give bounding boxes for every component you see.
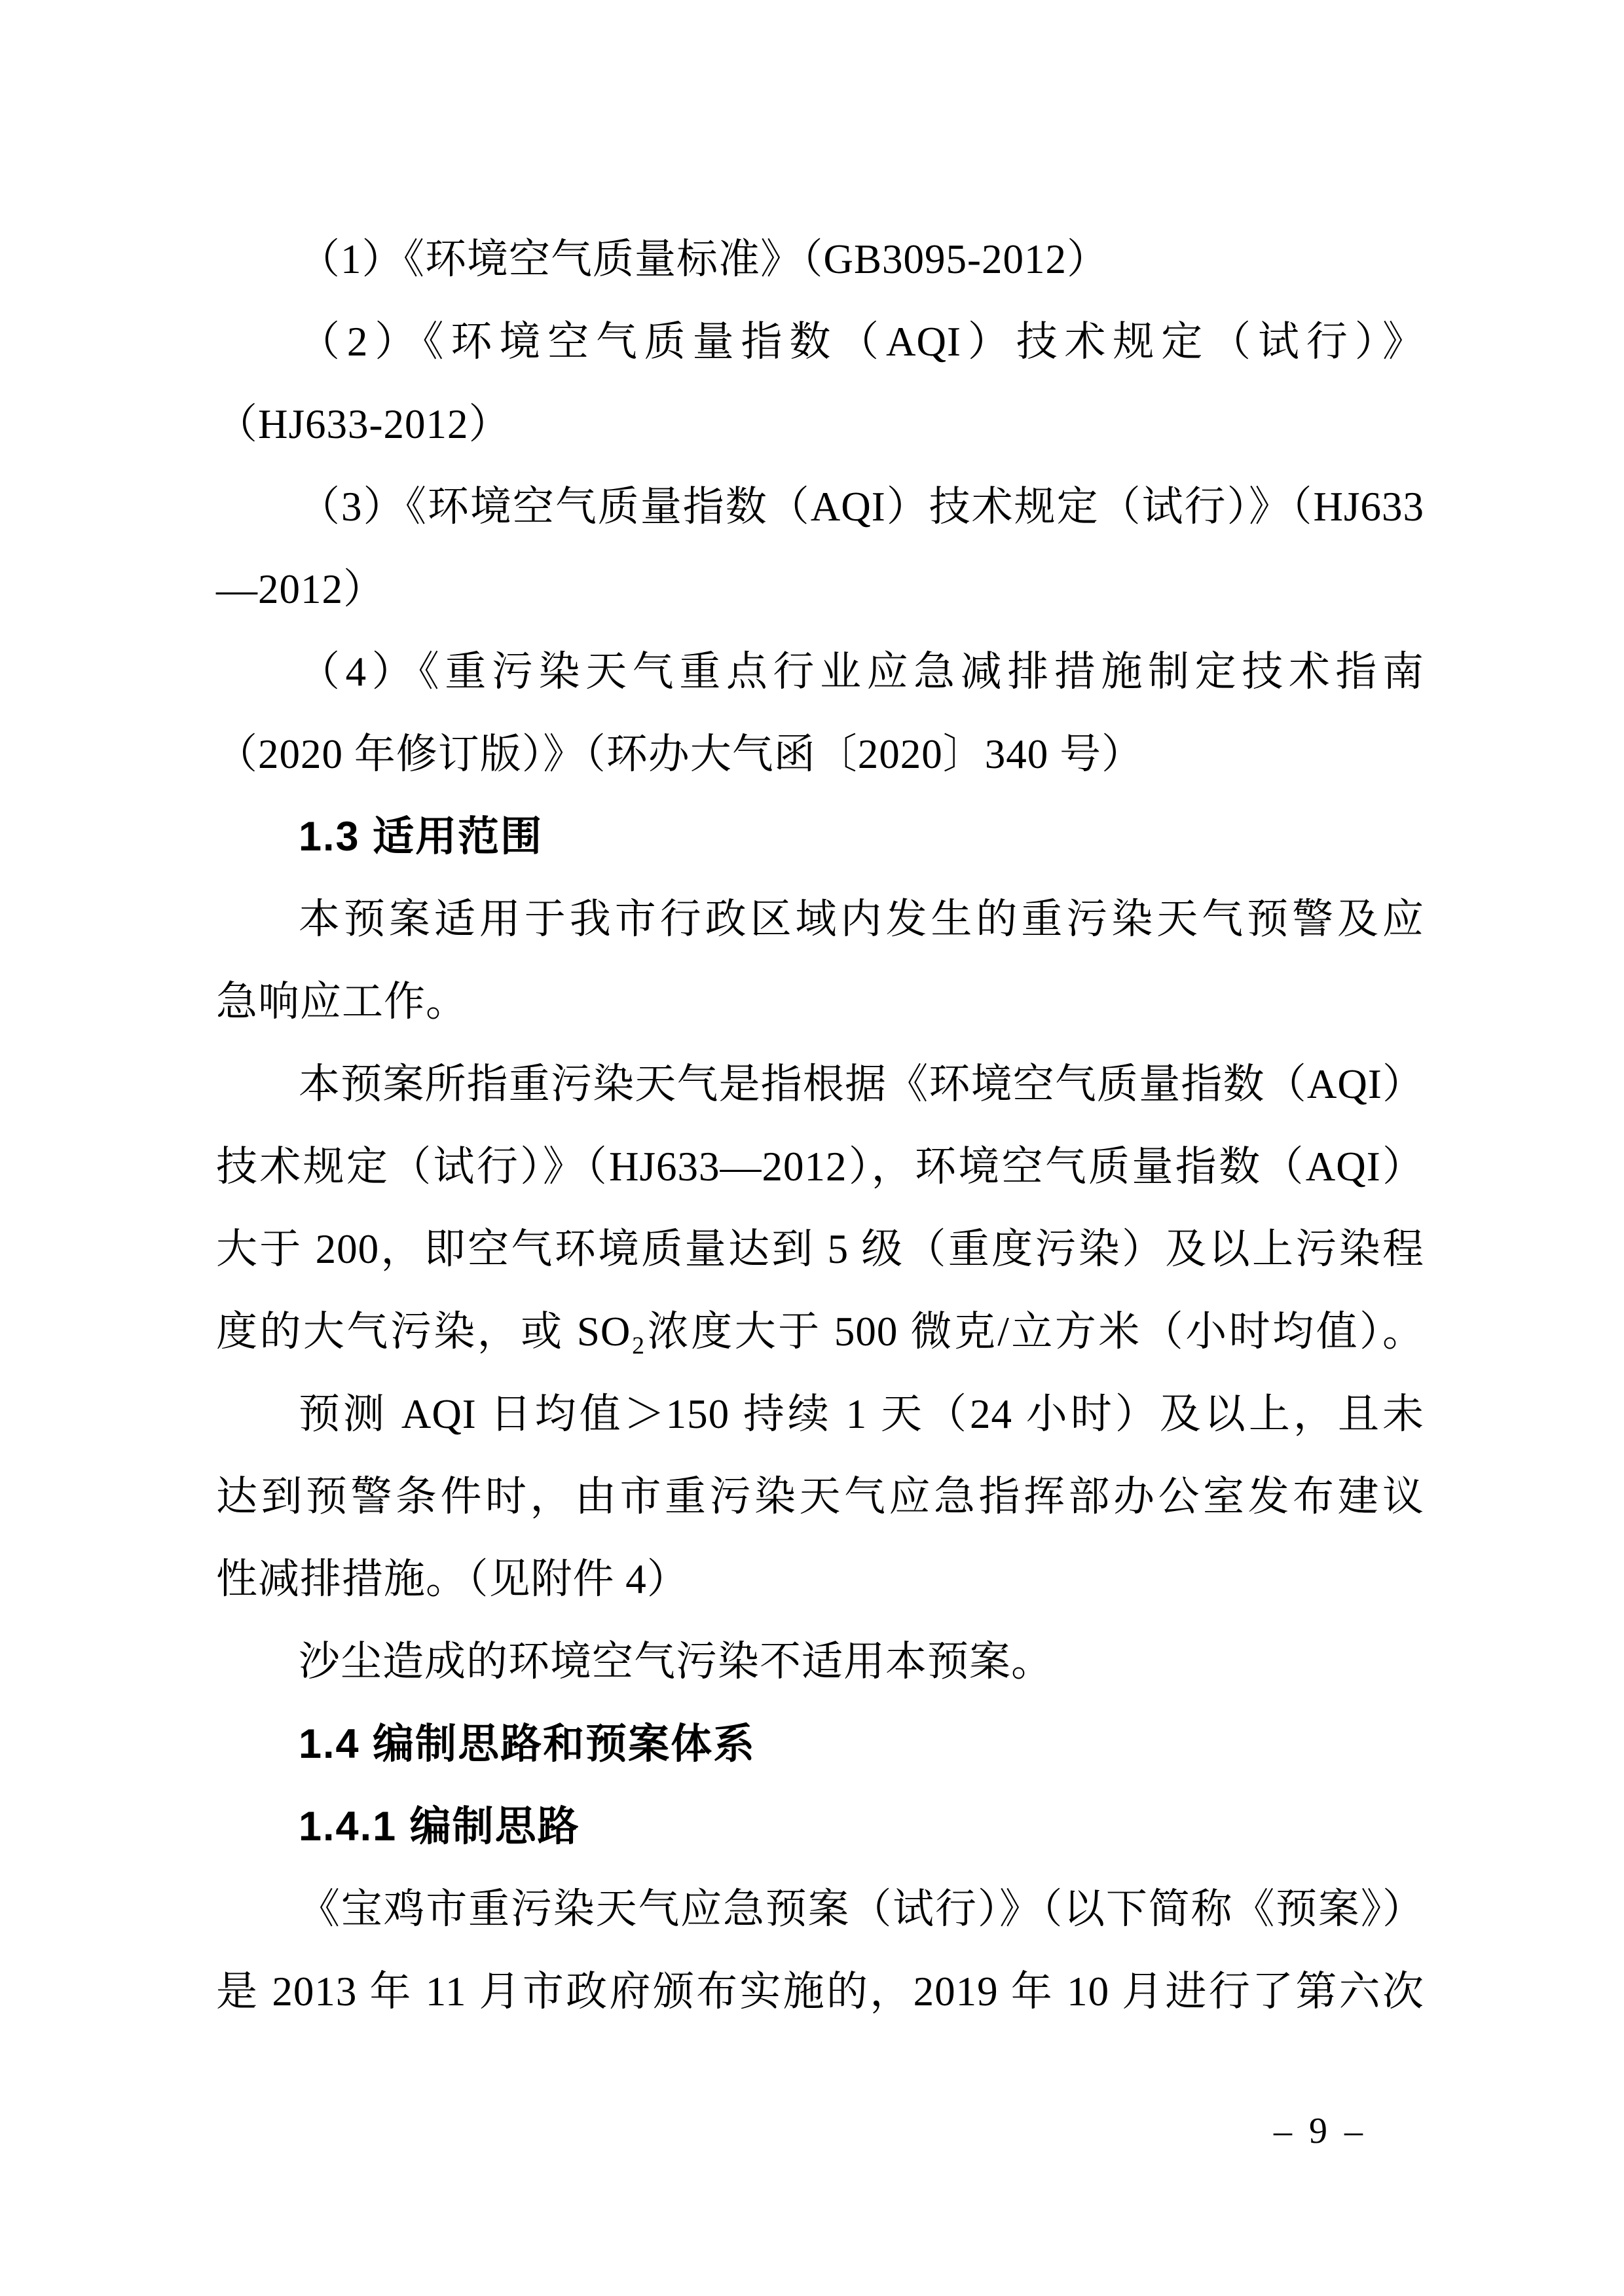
text-line: （2020 年修订版）》（环办大气函〔2020〕340 号） xyxy=(216,713,1424,795)
heading-line: 1.3 适用范围 xyxy=(216,795,1424,878)
text-line: 沙尘造成的环境空气污染不适用本预案。 xyxy=(216,1620,1424,1703)
text-line: 本预案适用于我市行政区域内发生的重污染天气预警及应 xyxy=(216,878,1424,960)
text-line: （2）《环境空气质量指数（AQI）技术规定（试行）》 xyxy=(216,301,1424,383)
heading-line: 1.4 编制思路和预案体系 xyxy=(216,1703,1424,1785)
document-body: （1）《环境空气质量标准》（GB3095-2012）（2）《环境空气质量指数（A… xyxy=(216,218,1424,2033)
text-line: 技术规定（试行）》（HJ633—2012），环境空气质量指数（AQI） xyxy=(216,1125,1424,1208)
document-page: （1）《环境空气质量标准》（GB3095-2012）（2）《环境空气质量指数（A… xyxy=(0,0,1624,2296)
text-line: 是 2013 年 11 月市政府颁布实施的，2019 年 10 月进行了第六次 xyxy=(216,1950,1424,2033)
text-line: 性减排措施。（见附件 4） xyxy=(216,1538,1424,1620)
text-line: 《宝鸡市重污染天气应急预案（试行）》（以下简称《预案》） xyxy=(216,1868,1424,1950)
text-line: （3）《环境空气质量指数（AQI）技术规定（试行）》（HJ633 xyxy=(216,465,1424,548)
text-line: （4）《重污染天气重点行业应急减排措施制定技术指南 xyxy=(216,630,1424,713)
text-line: 度的大气污染，或 SO₂浓度大于 500 微克/立方米（小时均值）。 xyxy=(216,1290,1424,1373)
page-number: – 9 – xyxy=(1274,2108,1367,2154)
heading-line: 1.4.1 编制思路 xyxy=(216,1785,1424,1868)
text-line: 达到预警条件时，由市重污染天气应急指挥部办公室发布建议 xyxy=(216,1455,1424,1538)
text-line: 急响应工作。 xyxy=(216,960,1424,1043)
text-line: （HJ633-2012） xyxy=(216,383,1424,465)
text-line: 大于 200，即空气环境质量达到 5 级（重度污染）及以上污染程 xyxy=(216,1208,1424,1290)
text-line: （1）《环境空气质量标准》（GB3095-2012） xyxy=(216,218,1424,301)
text-line: —2012） xyxy=(216,548,1424,630)
text-line: 预测 AQI 日均值＞150 持续 1 天（24 小时）及以上，且未 xyxy=(216,1373,1424,1455)
text-line: 本预案所指重污染天气是指根据《环境空气质量指数（AQI） xyxy=(216,1043,1424,1125)
